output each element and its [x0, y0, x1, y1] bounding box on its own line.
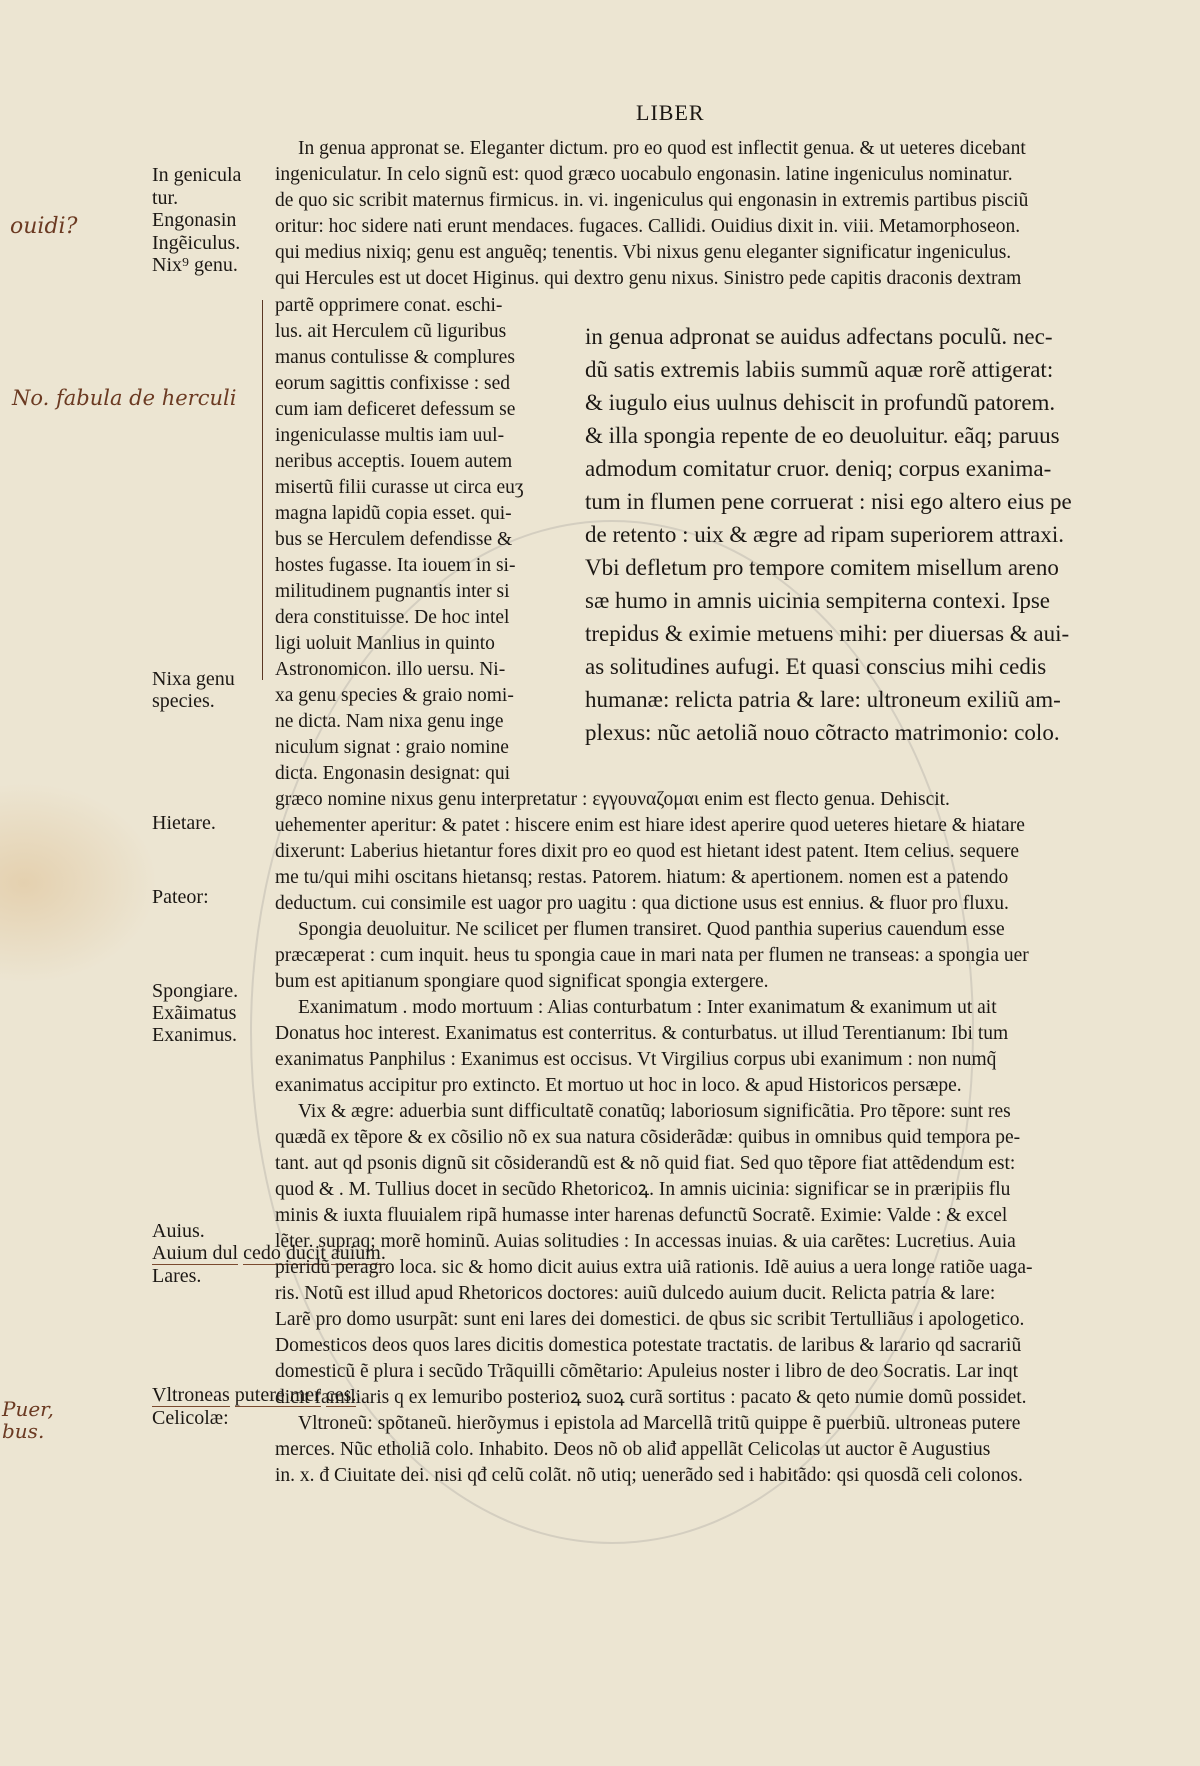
text-line: magna lapidũ copia esset. qui- [275, 501, 512, 527]
text-line: ris. Notũ est illud apud Rhetoricos doct… [275, 1281, 995, 1307]
source-line: in genua adpronat se auidus adfectans po… [585, 320, 1053, 354]
text-line: Astronomicon. illo uersu. Ni- [275, 657, 505, 683]
text-line: uehementer aperitur: & patet : hiscere e… [275, 813, 1025, 839]
text-line: ingeniculatur. In celo signũ est: quod g… [275, 162, 1013, 188]
source-line: humanæ: relicta patria & lare: ultroneum… [585, 683, 1061, 717]
text-line: Vltroneũ: spõtaneũ. hierõymus i epistola… [298, 1411, 1020, 1437]
text-line: quod & . M. Tullius docet in secũdo Rhet… [275, 1177, 1010, 1203]
text-line: ne dicta. Nam nixa genu inge [275, 709, 504, 735]
source-line: dũ satis extremis labiis summũ aquæ rorẽ… [585, 353, 1053, 387]
text-line: Donatus hoc interest. Exanimatus est con… [275, 1021, 1008, 1047]
text-line: quædã ex tẽpore & ex cõsilio nõ ex sua n… [275, 1125, 1020, 1151]
source-line: plexus: nũc aetoliã nouo cõtracto matrim… [585, 716, 1060, 750]
text-line: dicit familiaris q ex lemuribo posterioꝝ… [275, 1385, 1027, 1411]
text-line: deductum. cui consimile est uagor pro ua… [275, 891, 1009, 917]
text-line: eorum sagittis confixisse : sed [275, 371, 510, 397]
text-line: dicta. Engonasin designat: qui [275, 761, 510, 787]
text-line: misertũ filii curasse ut circa euʒ [275, 475, 524, 501]
text-line: exanimatus Panphilus : Exanimus est occi… [275, 1047, 996, 1073]
source-line: trepidus & eximie metuens mihi: per diue… [585, 617, 1069, 651]
text-line: Vix & ægre: aduerbia sunt difficultatẽ c… [298, 1099, 1011, 1125]
source-line: admodum comitatur cruor. deniq; corpus e… [585, 452, 1051, 486]
text-line: bum est apitianum spongiare quod signifi… [275, 969, 769, 995]
text-line: præcæperat : cum inquit. heus tu spongia… [275, 943, 1029, 969]
text-line: lẽter. supraq; morẽ hominũ. Auias solitu… [275, 1229, 1016, 1255]
source-line: de retento : uix & ægre ad ripam superio… [585, 518, 1064, 552]
text-line: neribus acceptis. Iouem autem [275, 449, 512, 475]
text-line: partẽ opprimere conat. eschi- [275, 293, 502, 319]
text-line: manus contulisse & complures [275, 345, 515, 371]
source-line: Vbi defletum pro tempore comitem misellu… [585, 551, 1059, 585]
source-line: & iugulo eius uulnus dehiscit in profund… [585, 386, 1055, 420]
source-line: as solitudines aufugi. Et quasi conscius… [585, 650, 1046, 684]
text-line: pieridũ peragro loca. sic & homo dicit a… [275, 1255, 1033, 1281]
text-line: me tu/qui mihi oscitans hietansq; restas… [275, 865, 1008, 891]
text-line: bus se Herculem defendisse & [275, 527, 512, 553]
handwritten-note-hercules: No. fabula de herculi [12, 386, 236, 410]
margin-gloss-hietare: Hietare. [152, 812, 216, 834]
source-line: tum in flumen pene corruerat : nisi ego … [585, 485, 1072, 519]
margin-gloss-ingeniculatur: In genicula tur. Engonasin Ingẽiculus. N… [152, 164, 241, 277]
text-line: qui Hercules est ut docet Higinus. qui d… [275, 266, 1021, 292]
text-line: xa genu species & graio nomi- [275, 683, 514, 709]
text-line: oritur: hoc sidere nati erunt mendaces. … [275, 214, 1020, 240]
text-line: merces. Nũc etholiã colo. Inhabito. Deos… [275, 1437, 990, 1463]
text-line: Larẽ pro domo usurpãt: sunt eni lares de… [275, 1307, 1024, 1333]
text-line: militudinem pugnantis inter si [275, 579, 510, 605]
text-line: ligi uoluit Manlius in quinto [275, 631, 495, 657]
text-line: exanimatus accipitur pro extincto. Et mo… [275, 1073, 962, 1099]
text-line: domesticũ ẽ plura i secũdo Trãquilli cõm… [275, 1359, 1018, 1385]
running-header: LIBER [636, 100, 705, 126]
margin-gloss-nixa-genu: Nixa genu species. [152, 668, 235, 712]
text-line: Spongia deuoluitur. Ne scilicet per flum… [298, 917, 1005, 943]
source-line: sæ humo in amnis uicinia sempiterna cont… [585, 584, 1050, 618]
text-line: In genua appronat se. Eleganter dictum. … [298, 136, 1026, 162]
text-line: minis & iuxta fluuialem ripã humasse int… [275, 1203, 1007, 1229]
text-line: qui medius nixiq; genu est anguẽq; tenen… [275, 240, 1011, 266]
text-line: cum iam deficeret defessum se [275, 397, 515, 423]
margin-gloss-spongiare: Spongiare. Exãimatus Exanimus. [152, 980, 238, 1046]
text-line: Exanimatum . modo mortuum : Alias contur… [298, 995, 997, 1021]
handwritten-note-ouidi: ouidi? [10, 214, 77, 239]
manuscript-bracket [262, 300, 269, 680]
margin-gloss-pateor: Pateor: [152, 886, 209, 908]
text-line: lus. ait Herculem cũ liguribus [275, 319, 506, 345]
text-line: græco nomine nixus genu interpretatur : … [275, 787, 950, 813]
text-line: dixerunt: Laberius hietantur fores dixit… [275, 839, 1019, 865]
text-line: tant. aut qd psonis dignũ sit cõsiderand… [275, 1151, 1015, 1177]
text-line: dera constituisse. De hoc intel [275, 605, 509, 631]
book-page: LIBER ouidi? No. fabula de herculi Puer,… [0, 0, 1200, 1766]
source-line: & illa spongia repente de eo deuoluitur.… [585, 419, 1060, 453]
text-line: niculum signat : graio nomine [275, 735, 509, 761]
text-line: in. x. đ Ciuitate dei. nisi qđ celũ colã… [275, 1463, 1023, 1489]
text-line: de quo sic scribit maternus firmicus. in… [275, 188, 1028, 214]
handwritten-note-puer: Puer, bus. [2, 1398, 62, 1442]
text-line: hostes fugasse. Ita iouem in si- [275, 553, 515, 579]
text-line: ingeniculasse multis iam uul- [275, 423, 504, 449]
text-line: Domesticos deos quos lares dicitis domes… [275, 1333, 1021, 1359]
